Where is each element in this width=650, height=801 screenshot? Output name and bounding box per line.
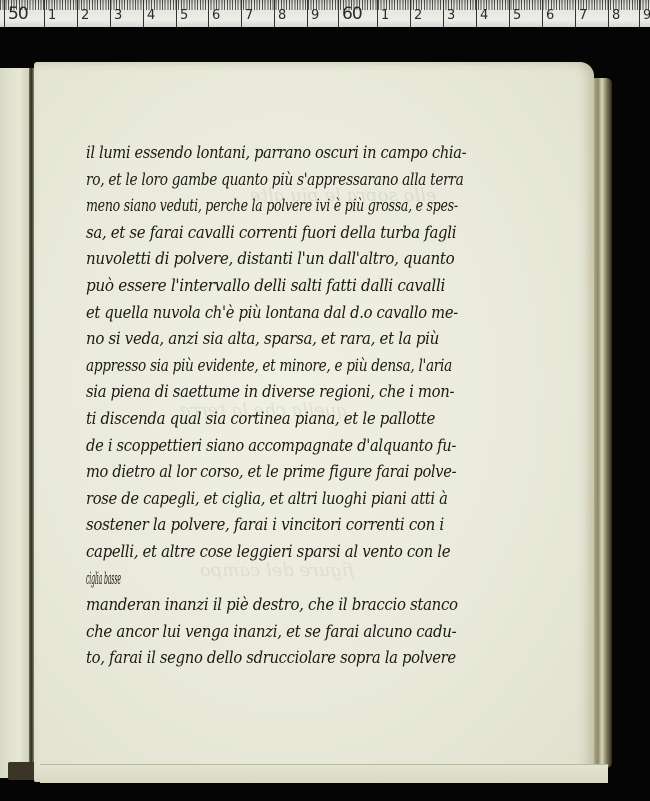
measuring-ruler: 5012345678960123456789	[0, 0, 650, 27]
manuscript-line: ti discenda qual sia cortinea piana, et …	[86, 406, 450, 433]
ruler-cm-mark	[476, 0, 477, 27]
ruler-cm-mark	[542, 0, 543, 27]
manuscript-line: nuvoletti di polvere, distanti l'un dall…	[86, 246, 454, 273]
ruler-label: 7	[579, 8, 587, 24]
left-page-edge	[0, 68, 32, 778]
ruler-cm-mark	[639, 0, 640, 27]
manuscript-line: mo dietro al lor corso, et le prime figu…	[86, 459, 443, 486]
manuscript-line: appresso sia più evidente, et minore, e …	[86, 353, 418, 380]
ruler-cm-mark	[443, 0, 444, 27]
manuscript-line: il lumi essendo lontani, parrano oscuri …	[86, 140, 441, 167]
ruler-label: 8	[612, 8, 620, 24]
ruler-cm-mark	[176, 0, 177, 27]
ruler-label: 4	[480, 8, 488, 24]
ruler-cm-mark	[143, 0, 144, 27]
ruler-label: 8	[278, 8, 286, 24]
ruler-label: 50	[8, 6, 28, 22]
ruler-label: 9	[311, 8, 319, 24]
page-fore-edge	[592, 78, 612, 768]
ruler-cm-mark	[410, 0, 411, 27]
ruler-label: 1	[381, 8, 389, 24]
ruler-label: 5	[180, 8, 188, 24]
handwritten-text-block: il lumi essendo lontani, parrano oscuri …	[86, 140, 486, 672]
ruler-label: 6	[212, 8, 220, 24]
ruler-cm-mark	[338, 0, 339, 27]
ruler-cm-mark	[4, 0, 5, 27]
manuscript-line: manderan inanzi il piè destro, che il br…	[86, 592, 451, 619]
ruler-cm-mark	[44, 0, 45, 27]
ruler-label: 4	[147, 8, 155, 24]
manuscript-line: capelli, et altre cose leggieri sparsi a…	[86, 539, 450, 566]
ruler-cm-mark	[608, 0, 609, 27]
ruler-label: 60	[342, 6, 362, 22]
ruler-label: 9	[643, 8, 650, 24]
ruler-label: 6	[546, 8, 554, 24]
manuscript-line: sia piena di saettume in diverse regioni…	[86, 379, 448, 406]
ruler-cm-mark	[509, 0, 510, 27]
ruler-cm-mark	[208, 0, 209, 27]
ruler-cm-mark	[77, 0, 78, 27]
manuscript-line: meno siano veduti, perche la polvere ivi…	[86, 193, 393, 220]
ruler-cm-mark	[307, 0, 308, 27]
manuscript-line: to, farai il segno dello sdrucciolare so…	[86, 645, 447, 672]
manuscript-line: sa, et se farai cavalli correnti fuori d…	[86, 220, 450, 247]
manuscript-line: no si veda, anzi sia alta, sparsa, et ra…	[86, 326, 452, 353]
ruler-label: 2	[81, 8, 89, 24]
ruler-cm-mark	[274, 0, 275, 27]
manuscript-line: può essere l'intervallo delli salti fatt…	[86, 273, 458, 300]
manuscript-line: et quella nuvola ch'è più lontana dal d.…	[86, 300, 446, 327]
ruler-label: 2	[414, 8, 422, 24]
manuscript-line: che ancor lui venga inanzi, et se farai …	[86, 619, 452, 646]
manuscript-line: rose de capegli, et ciglia, et altri luo…	[86, 486, 445, 513]
ruler-label: 3	[447, 8, 455, 24]
ruler-label: 1	[48, 8, 56, 24]
manuscript-line: ciglia basse	[86, 566, 236, 593]
ruler-cm-mark	[377, 0, 378, 27]
ruler-label: 5	[513, 8, 521, 24]
manuscript-line: ro, et le loro gambe quanto più s'appres…	[86, 167, 420, 194]
ruler-label: 7	[245, 8, 253, 24]
manuscript-line: sostener la polvere, farai i vincitori c…	[86, 512, 452, 539]
ruler-cm-mark	[110, 0, 111, 27]
ruler-cm-mark	[241, 0, 242, 27]
ruler-cm-mark	[575, 0, 576, 27]
manuscript-line: de i scoppettieri siano accompagnate d'a…	[86, 433, 444, 460]
page-lower-edge	[40, 764, 608, 783]
ruler-label: 3	[114, 8, 122, 24]
